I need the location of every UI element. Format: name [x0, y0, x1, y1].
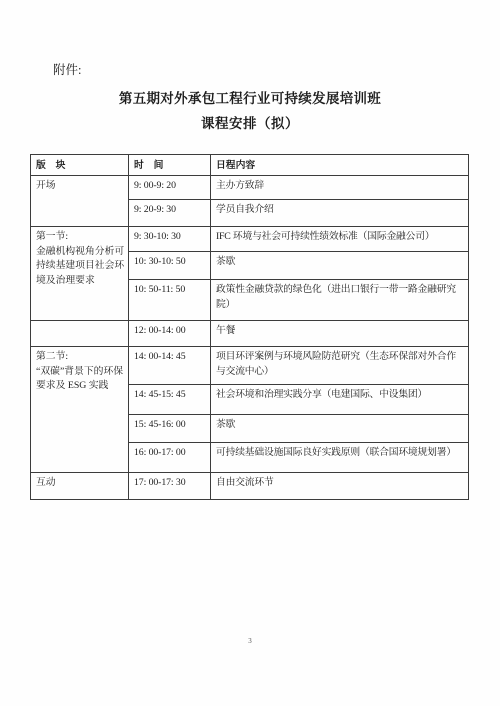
content-cell: 茶歇	[211, 415, 469, 443]
table-header-block: 版 块	[31, 155, 129, 176]
table-row: 第一节: 金融机构视角分析可持续基建项目社会环境及治理要求 9: 30-10: …	[31, 227, 469, 252]
block-cell: 第二节: “双碳”背景下的环保要求及 ESG 实践	[31, 347, 129, 473]
block-cell: 互动	[31, 473, 129, 500]
time-cell: 10: 50-11: 50	[129, 280, 211, 321]
time-cell: 15: 45-16: 00	[129, 415, 211, 443]
time-cell: 17: 00-17: 30	[129, 473, 211, 500]
block-cell: 第一节: 金融机构视角分析可持续基建项目社会环境及治理要求	[31, 227, 129, 321]
content-cell: 项目环评案例与环境风险防范研究（生态环保部对外合作与交流中心）	[211, 347, 469, 385]
block-cell: 开场	[31, 176, 129, 227]
table-header-row: 版 块 时 间 日程内容	[31, 155, 469, 176]
content-cell: IFC 环境与社会可持续性绩效标准（国际金融公司）	[211, 227, 469, 252]
time-cell: 14: 45-15: 45	[129, 385, 211, 415]
content-cell: 政策性金融贷款的绿色化（进出口银行一带一路金融研究院）	[211, 280, 469, 321]
time-cell: 16: 00-17: 00	[129, 443, 211, 473]
table-row: 12: 00-14: 00 午餐	[31, 321, 469, 347]
content-cell: 午餐	[211, 321, 469, 347]
table-row: 第二节: “双碳”背景下的环保要求及 ESG 实践 14: 00-14: 45 …	[31, 347, 469, 385]
content-cell: 可持续基础设施国际良好实践原则（联合国环境规划署）	[211, 443, 469, 473]
table-row: 开场 9: 00-9: 20 主办方致辞	[31, 176, 469, 200]
document-title: 第五期对外承包工程行业可持续发展培训班	[0, 87, 500, 107]
table-header-time: 时 间	[129, 155, 211, 176]
document-subtitle: 课程安排（拟）	[0, 112, 500, 132]
content-cell: 学员自我介绍	[211, 200, 469, 227]
attachment-label: 附件:	[53, 60, 81, 78]
content-cell: 自由交流环节	[211, 473, 469, 500]
table-row: 互动 17: 00-17: 30 自由交流环节	[31, 473, 469, 500]
content-cell: 主办方致辞	[211, 176, 469, 200]
time-cell: 14: 00-14: 45	[129, 347, 211, 385]
content-cell: 社会环境和治理实践分享（电建国际、中设集团）	[211, 385, 469, 415]
table-header-content: 日程内容	[211, 155, 469, 176]
page-number: 3	[0, 637, 500, 645]
block-cell	[31, 321, 129, 347]
schedule-table: 版 块 时 间 日程内容 开场 9: 00-9: 20 主办方致辞 9: 20-…	[30, 154, 469, 500]
time-cell: 10: 30-10: 50	[129, 252, 211, 280]
content-cell: 茶歇	[211, 252, 469, 280]
time-cell: 9: 30-10: 30	[129, 227, 211, 252]
time-cell: 9: 20-9: 30	[129, 200, 211, 227]
document-page: 附件: 第五期对外承包工程行业可持续发展培训班 课程安排（拟） 版 块 时 间 …	[0, 0, 500, 706]
time-cell: 9: 00-9: 20	[129, 176, 211, 200]
time-cell: 12: 00-14: 00	[129, 321, 211, 347]
